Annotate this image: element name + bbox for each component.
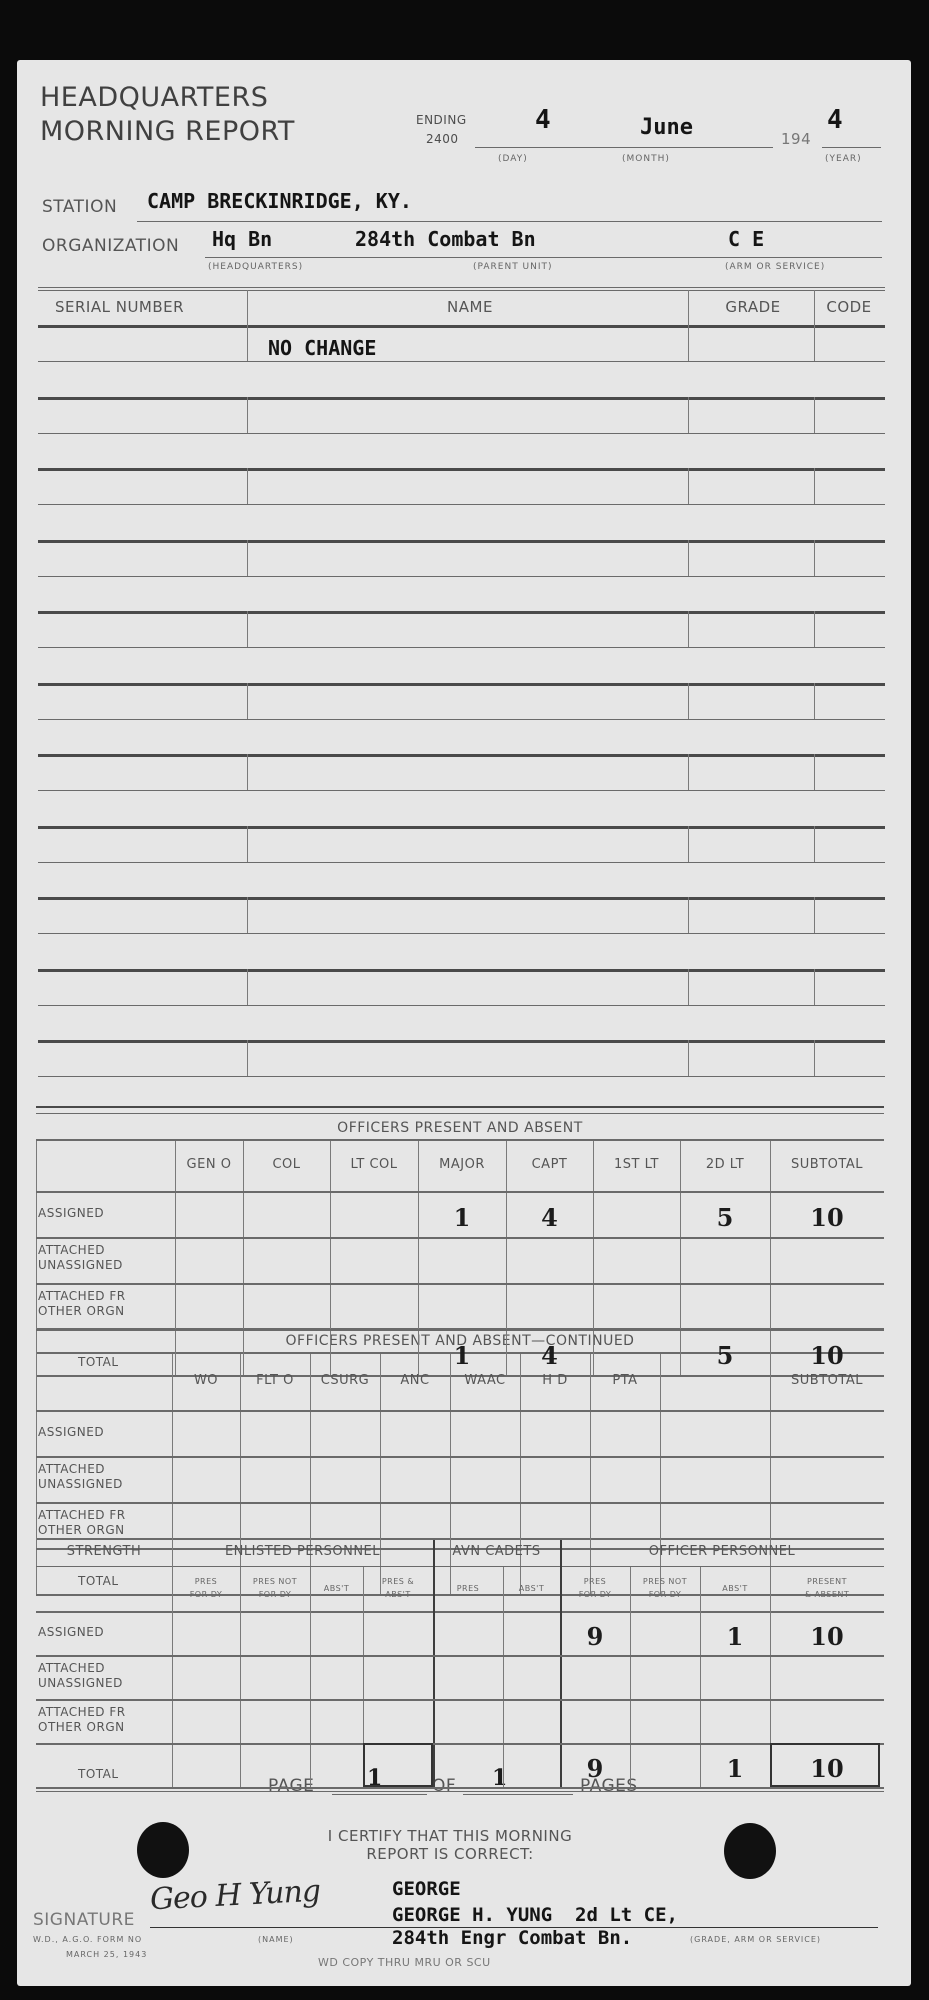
arm-service-value: C E [728,227,764,251]
roster-row-divider [38,790,885,791]
strength-label: STRENGTH [36,1544,172,1559]
row-label-assigned: ASSIGNED [38,1206,104,1221]
typed-first-name: GEORGE [392,1878,461,1900]
cell-value[interactable] [770,1460,884,1502]
roster-row-divider [38,647,885,648]
col-header-name: NAME [250,298,690,316]
cell-value[interactable] [593,1241,680,1283]
cell-value[interactable] [450,1506,520,1548]
cell-value[interactable] [503,1659,560,1699]
cell-value[interactable] [175,1333,243,1375]
cell-value[interactable] [450,1460,520,1502]
col-header-code: CODE [816,298,882,316]
roster-serial-cell[interactable] [38,328,247,361]
roster-serial-cell[interactable] [38,471,247,504]
cell-value[interactable] [520,1506,590,1548]
cell-value[interactable] [770,1703,884,1743]
cell-value[interactable] [418,1241,506,1283]
row-label-assigned: ASSIGNED [38,1625,104,1640]
cell-value[interactable] [330,1241,418,1283]
subcol-header: PRES FOR DY [560,1575,630,1601]
roster-name-cell[interactable] [248,757,688,790]
cell-value[interactable] [175,1287,243,1329]
cell-value[interactable]: 1 [418,1333,506,1375]
cell-value[interactable]: 10 [770,1333,884,1375]
roster-row-divider [38,361,885,362]
cell-value[interactable] [172,1747,240,1787]
cell-value[interactable] [240,1747,310,1787]
form-number: W.D., A.G.O. FORM NO [33,1935,142,1944]
punch-hole-right [724,1823,776,1879]
cell-value[interactable] [380,1414,450,1456]
roster-name-cell[interactable] [248,1043,688,1076]
parent-unit-caption: (PARENT UNIT) [473,262,553,272]
cell-value[interactable] [560,1659,630,1699]
row-label-attached-unassigned: ATTACHED UNASSIGNED [38,1661,123,1691]
cell-value[interactable] [770,1287,884,1329]
roster-name-cell[interactable] [248,328,688,361]
cell-value[interactable] [172,1615,240,1655]
month-caption: (MONTH) [622,154,670,164]
cell-value[interactable] [243,1241,330,1283]
row-label-total: TOTAL [78,1574,119,1589]
col-header-flt-o: FLT O [240,1373,310,1388]
cell-value[interactable] [770,1506,884,1548]
subcol-header: PRES NOT FOR DY [630,1575,700,1601]
cell-value[interactable] [310,1506,380,1548]
cell-value[interactable] [243,1333,330,1375]
headquarters-value: Hq Bn [212,227,272,251]
cell-value[interactable]: 9 [560,1615,630,1655]
punch-hole-left [137,1822,189,1878]
cell-value[interactable] [450,1414,520,1456]
cell-value[interactable] [700,1659,770,1699]
cell-value[interactable] [680,1287,770,1329]
subcol-header: PRES NOT FOR DY [240,1575,310,1601]
certify-line2: REPORT IS CORRECT: [270,1845,630,1863]
roster-row-divider [38,1076,885,1077]
row-label-total: TOTAL [78,1767,119,1782]
cell-value[interactable] [520,1414,590,1456]
cell-value[interactable] [330,1333,418,1375]
officers-section-title: OFFICERS PRESENT AND ABSENT [36,1120,884,1136]
cell-value[interactable] [310,1659,363,1699]
report-day: 4 [535,105,551,135]
cell-value[interactable] [660,1414,770,1456]
cell-value[interactable] [593,1195,680,1237]
ending-label: ENDING [416,114,467,127]
cell-value[interactable] [172,1659,240,1699]
subcol-header: ABS'T [700,1582,770,1595]
name-caption: (NAME) [258,1935,294,1944]
col-header-gen-o: GEN O [175,1157,243,1172]
row-label-assigned: ASSIGNED [38,1425,104,1440]
row-label-attached-fr-other-orgn: ATTACHED FR OTHER ORGN [38,1508,126,1538]
roster-name-cell[interactable] [248,614,688,647]
cell-value[interactable] [240,1506,310,1548]
roster-serial-cell[interactable] [38,686,247,719]
cell-value[interactable] [363,1659,433,1699]
col-header-capt: CAPT [506,1157,593,1172]
cell-value[interactable] [243,1287,330,1329]
cell-value[interactable] [630,1659,700,1699]
typed-unit: 284th Engr Combat Bn. [392,1927,632,1949]
report-year: 4 [827,105,843,135]
cell-value[interactable] [560,1703,630,1743]
group-enlisted-personnel: ENLISTED PERSONNEL [172,1544,433,1559]
col-header-csurg: CSURG [310,1373,380,1388]
roster-row-divider [38,933,885,934]
row-label-attached-unassigned: ATTACHED UNASSIGNED [38,1462,123,1492]
form-date: MARCH 25, 1943 [66,1950,147,1959]
cell-value[interactable] [240,1703,310,1743]
day-caption: (DAY) [498,154,528,164]
col-header-col: COL [243,1157,330,1172]
cell-value[interactable] [630,1747,700,1787]
group-officer-personnel: OFFICER PERSONNEL [560,1544,884,1559]
cell-value[interactable] [770,1241,884,1283]
cell-value[interactable]: 9 [560,1747,630,1787]
roster-serial-cell[interactable] [38,757,247,790]
subcol-header: ABS'T [310,1582,363,1595]
cell-value[interactable] [630,1615,700,1655]
cell-value[interactable] [175,1195,243,1237]
cell-value[interactable] [433,1747,503,1787]
cell-value[interactable] [630,1703,700,1743]
cell-value[interactable] [770,1659,884,1699]
row-label-total: TOTAL [78,1355,119,1370]
roster-serial-cell[interactable] [38,829,247,862]
roster-row-divider [38,504,885,505]
cell-value[interactable] [172,1414,240,1456]
certify-line1: I CERTIFY THAT THIS MORNING [270,1827,630,1845]
cell-value[interactable] [330,1195,418,1237]
cell-value[interactable] [310,1615,363,1655]
total-officers-box [770,1743,880,1787]
station-label: STATION [42,197,117,217]
row-label-attached-fr-other-orgn: ATTACHED FR OTHER ORGN [38,1705,126,1735]
roster-row-divider [38,862,885,863]
cell-value[interactable] [363,1615,433,1655]
cell-value[interactable] [680,1241,770,1283]
subcol-header: PRESENT & ABSENT [770,1575,884,1601]
col-header-serial: SERIAL NUMBER [55,298,184,316]
cell-value[interactable] [172,1460,240,1502]
group-avn-cadets: AVN CADETS [433,1544,560,1559]
station-value: CAMP BRECKINRIDGE, KY. [147,189,412,213]
subcol-header: PRES [433,1582,503,1595]
cell-value[interactable] [506,1241,593,1283]
col-header-anc: ANC [380,1373,450,1388]
form-title-line2: MORNING REPORT [40,117,295,147]
subcol-header: PRES & ABS'T [363,1575,433,1601]
total-enlisted-box [363,1743,433,1787]
parent-unit-value: 284th Combat Bn [355,227,536,251]
cell-value[interactable] [310,1703,363,1743]
row-label-attached-fr-other-orgn: ATTACHED FR OTHER ORGN [38,1289,126,1319]
col-header-waac: WAAC [450,1373,520,1388]
arm-service-caption: (ARM OR SERVICE) [725,262,825,272]
cell-value[interactable]: 4 [506,1195,593,1237]
typed-name-grade: GEORGE H. YUNG 2d Lt CE, [392,1904,678,1926]
cell-value[interactable] [418,1287,506,1329]
grade-caption: (GRADE, ARM OR SERVICE) [690,1935,821,1944]
roster-serial-cell[interactable] [38,972,247,1005]
signature-label: SIGNATURE [33,1910,135,1930]
col-header-subtotal: SUBTOTAL [770,1373,884,1388]
roster-row-divider [38,433,885,434]
cell-value[interactable] [240,1659,310,1699]
col-header-major: MAJOR [418,1157,506,1172]
cell-value[interactable] [506,1287,593,1329]
cell-value[interactable]: 10 [770,1615,884,1655]
col-header-2d-lt: 2D LT [680,1157,770,1172]
col-header-1st-lt: 1ST LT [593,1157,680,1172]
roster-name-cell[interactable] [248,543,688,576]
roster-name-cell[interactable] [248,471,688,504]
cell-value[interactable] [700,1703,770,1743]
cell-value[interactable] [660,1506,770,1548]
cell-value[interactable]: 1 [418,1195,506,1237]
roster-serial-cell[interactable] [38,400,247,433]
cell-value[interactable] [593,1333,680,1375]
cell-value[interactable] [660,1460,770,1502]
roster-row-divider [38,719,885,720]
headquarters-caption: (HEADQUARTERS) [208,262,303,272]
cell-value[interactable] [243,1195,330,1237]
cell-value[interactable]: 1 [700,1615,770,1655]
cell-value[interactable] [770,1414,884,1456]
year-caption: (YEAR) [825,154,862,164]
cell-value[interactable]: 1 [700,1747,770,1787]
cell-value[interactable] [380,1506,450,1548]
roster-serial-cell[interactable] [38,614,247,647]
cell-value[interactable] [433,1659,503,1699]
cell-value[interactable] [593,1287,680,1329]
row-label-attached-unassigned: ATTACHED UNASSIGNED [38,1243,123,1273]
roster-name-cell[interactable] [248,900,688,933]
report-month: June [640,115,693,140]
col-header-h-d: H D [520,1373,590,1388]
col-header-subtotal: SUBTOTAL [770,1157,884,1172]
cell-value[interactable]: 5 [680,1195,770,1237]
cell-value[interactable] [172,1703,240,1743]
cell-value[interactable] [433,1703,503,1743]
cell-value[interactable] [310,1747,363,1787]
cell-value[interactable] [503,1615,560,1655]
roster-serial-cell[interactable] [38,543,247,576]
roster-name-cell[interactable] [248,829,688,862]
roster-serial-cell[interactable] [38,900,247,933]
roster-row-divider [38,576,885,577]
col-header-grade: GRADE [690,298,816,316]
cell-value[interactable] [503,1703,560,1743]
roster-name-cell[interactable] [248,686,688,719]
col-header-lt-col: LT COL [330,1157,418,1172]
cell-value[interactable]: 10 [770,1195,884,1237]
cell-value[interactable] [240,1615,310,1655]
cell-value[interactable] [310,1460,380,1502]
ending-time-label: 2400 [426,133,459,146]
cell-value[interactable] [330,1287,418,1329]
col-header-wo: WO [172,1373,240,1388]
cell-value[interactable] [310,1414,380,1456]
cell-value[interactable] [175,1241,243,1283]
cell-value[interactable] [433,1615,503,1655]
roster-row-divider [38,1005,885,1006]
cell-value[interactable] [380,1460,450,1502]
roster-name-cell[interactable] [248,400,688,433]
cell-value[interactable] [590,1414,660,1456]
cell-value[interactable] [503,1747,560,1787]
cell-value[interactable] [590,1460,660,1502]
organization-label: ORGANIZATION [42,236,179,256]
cell-value[interactable] [172,1506,240,1548]
cell-value[interactable] [363,1703,433,1743]
subcol-header: ABS'T [503,1582,560,1595]
roster-serial-cell[interactable] [38,1043,247,1076]
cell-value[interactable]: 5 [680,1333,770,1375]
roster-name-cell[interactable] [248,972,688,1005]
cell-value[interactable] [520,1460,590,1502]
year-prefix: 194 [781,130,811,148]
cell-value[interactable] [590,1506,660,1548]
form-title-line1: HEADQUARTERS [40,83,268,113]
col-header-pta: PTA [590,1373,660,1388]
routing-note: WD COPY THRU MRU OR SCU [318,1956,491,1969]
cell-value[interactable] [240,1414,310,1456]
cell-value[interactable] [240,1460,310,1502]
subcol-header: PRES FOR DY [172,1575,240,1601]
